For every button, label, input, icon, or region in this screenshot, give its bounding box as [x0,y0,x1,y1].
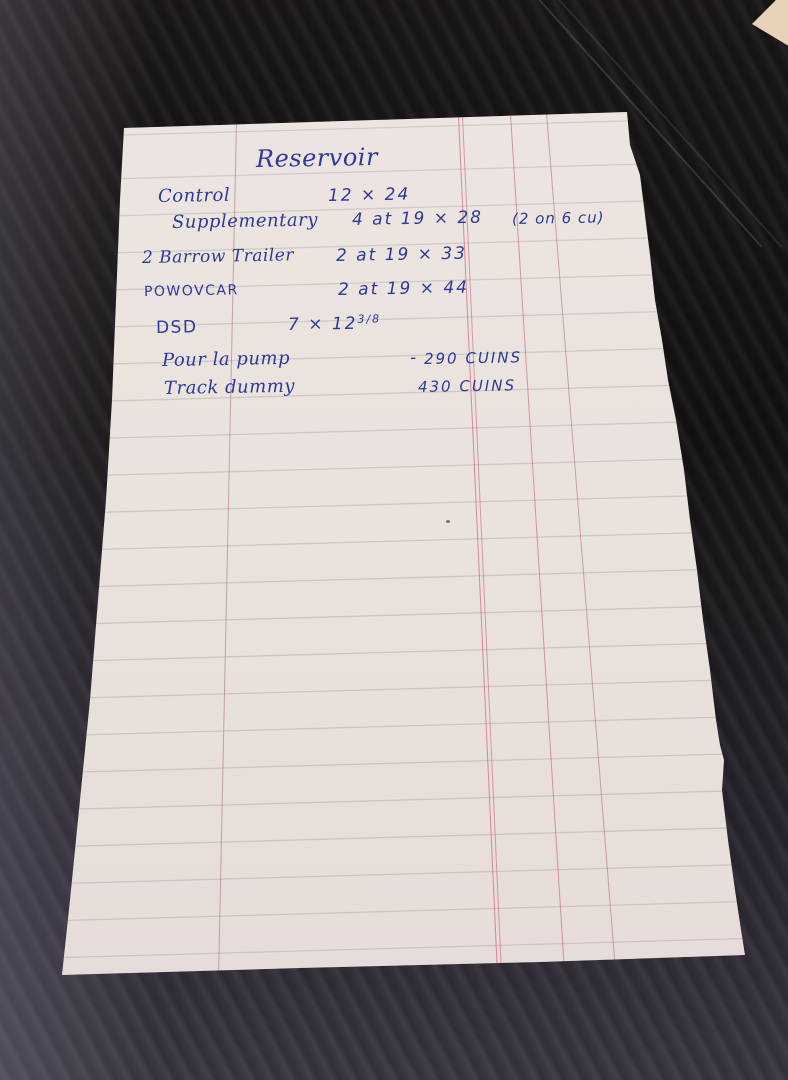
entry-label: Track dummy [164,376,295,399]
entry-value: 4 at 19 × 28 [352,208,483,230]
entry-label: Supplementary [172,209,318,233]
entry-label: POWOVCAR [144,282,239,300]
entry-value: 290 CUINS [424,348,522,368]
entry-label: Pour la pump [162,348,290,371]
note-title: Reservoir [256,143,378,173]
entry-value: 430 CUINS [418,376,516,396]
entry-label: Control [158,185,230,207]
paper-speck [446,520,450,523]
entry-label: DSD [156,317,198,338]
entry-value: 2 at 19 × 33 [336,244,467,266]
entry-value-fraction: 3/8 [357,312,381,325]
entry-separator: - [410,348,418,368]
entry-value-whole: 7 × 12 [288,314,358,335]
entry-value: 7 × 123/8 [288,312,382,335]
entry-value: 12 × 24 [328,185,411,206]
entry-value: 2 at 19 × 44 [338,278,469,300]
entry-label: 2 Barrow Trailer [142,245,294,268]
entry-note: (2 on 6 cu) [512,208,605,228]
